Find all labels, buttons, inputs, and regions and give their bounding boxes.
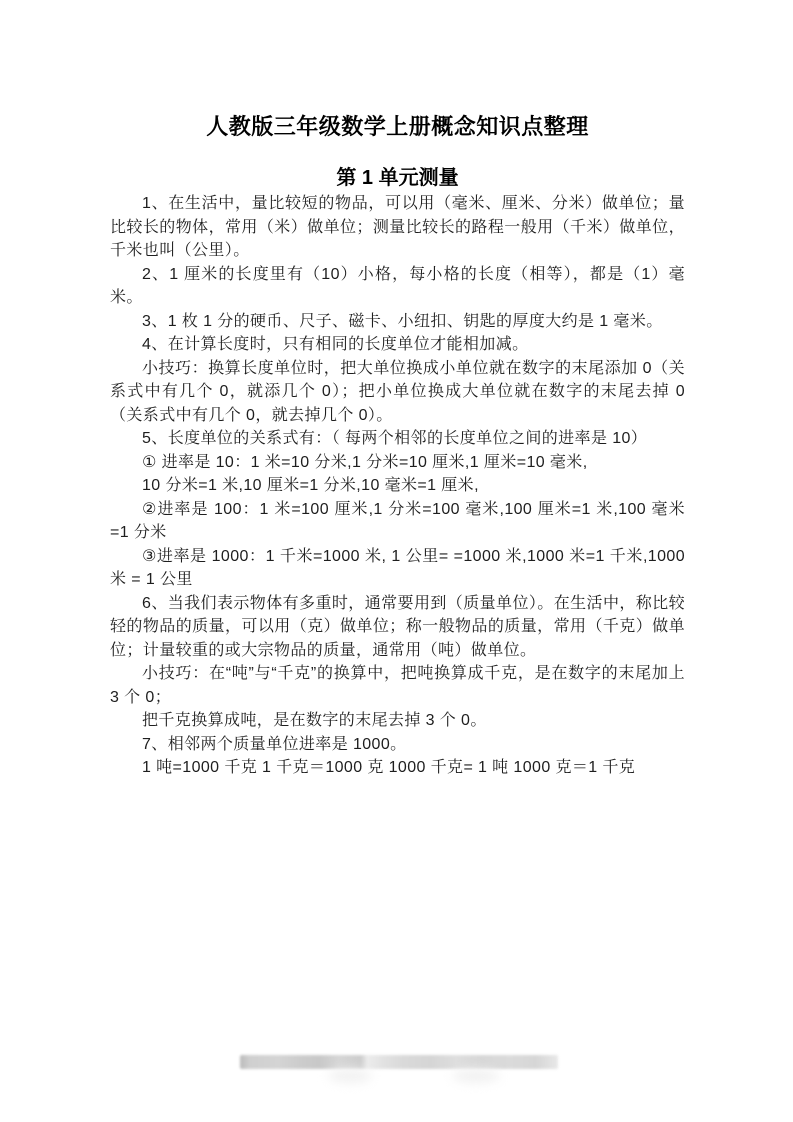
document-content: 人教版三年级数学上册概念知识点整理 第 1 单元测量 1、在生活中，量比较短的物… xyxy=(0,0,793,780)
paragraph-tip-ton-kilogram-line-1: 小技巧：在“吨”与“千克”的换算中，把吨换算成千克，是在数字的末尾加上 3 个 … xyxy=(110,662,685,709)
paragraph-relation-rate-100: ②进率是 100：1 米=100 厘米,1 分米=100 毫米,100 厘米=1… xyxy=(110,498,685,545)
watermark-smudge-icon xyxy=(452,1069,500,1083)
document-page: 人教版三年级数学上册概念知识点整理 第 1 单元测量 1、在生活中，量比较短的物… xyxy=(0,0,793,1122)
paragraph-item-1-length-units: 1、在生活中，量比较短的物品，可以用（毫米、厘米、分米）做单位；量比较长的物体，… xyxy=(110,192,685,263)
paragraph-item-3-one-millimeter-examples: 3、1 枚 1 分的硬币、尺子、磁卡、小纽扣、钥匙的厚度大约是 1 毫米。 xyxy=(110,310,685,334)
paragraph-tip-ton-kilogram-line-2: 把千克换算成吨，是在数字的末尾去掉 3 个 0。 xyxy=(110,709,685,733)
paragraph-item-2-centimeter-grids: 2、1 厘米的长度里有（10）小格，每小格的长度（相等），都是（1）毫米。 xyxy=(110,263,685,310)
paragraph-item-4-same-unit-rule: 4、在计算长度时，只有相同的长度单位才能相加减。 xyxy=(110,333,685,357)
paragraph-relation-rate-10-line-1: ① 进率是 10：1 米=10 分米,1 分米=10 厘米,1 厘米=10 毫米… xyxy=(110,451,685,475)
paragraph-relation-rate-10-line-2: 10 分米=1 米,10 厘米=1 分米,10 毫米=1 厘米, xyxy=(110,474,685,498)
paragraph-relation-rate-1000: ③进率是 1000：1 千米=1000 米, 1 公里= =1000 米,100… xyxy=(110,545,685,592)
document-title: 人教版三年级数学上册概念知识点整理 xyxy=(110,112,685,142)
paragraph-tip-length-conversion: 小技巧：换算长度单位时，把大单位换成小单位就在数字的末尾添加 0（关系式中有几个… xyxy=(110,357,685,428)
paragraph-item-6-mass-units: 6、当我们表示物体有多重时，通常要用到（质量单位）。在生活中，称比较轻的物品的质… xyxy=(110,592,685,663)
paragraph-item-7-mass-equations: 1 吨=1000 千克 1 千克＝1000 克 1000 千克= 1 吨 100… xyxy=(110,756,685,780)
watermark-smudge-icon xyxy=(328,1069,372,1083)
blurred-watermark xyxy=(240,1055,558,1069)
section-heading: 第 1 单元测量 xyxy=(110,164,685,192)
paragraph-item-7-mass-rate: 7、相邻两个质量单位进率是 1000。 xyxy=(110,733,685,757)
paragraph-item-5-length-relations: 5、长度单位的关系式有：（ 每两个相邻的长度单位之间的进率是 10） xyxy=(110,427,685,451)
